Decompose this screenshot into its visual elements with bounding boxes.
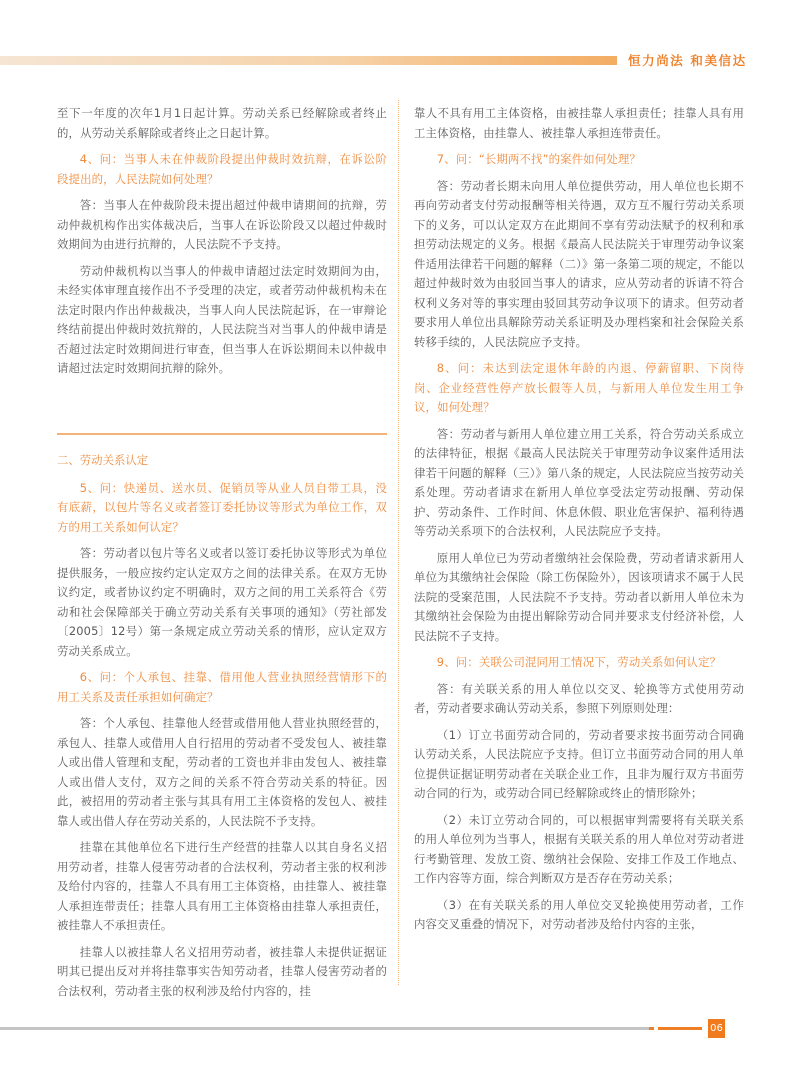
answer-8: 答：劳动者与新用人单位建立用工关系，符合劳动关系成立的法律特征，根据《最高人民法…: [414, 425, 744, 542]
page-number: 06: [708, 1019, 725, 1038]
paragraph: 挂靠人以被挂靠人名义招用劳动者，被挂靠人未提供证据证明其已提出反对并将挂靠事实告…: [57, 943, 387, 1002]
footer-accent: [658, 1027, 702, 1030]
question-4: 4、问：当事人未在仲裁阶段提出仲裁时效抗辩，在诉讼阶段提出的，人民法院如何处理？: [57, 150, 387, 189]
paragraph: 挂靠在其他单位名下进行生产经营的挂靠人以其自身名义招用劳动者，挂靠人侵害劳动者的…: [57, 838, 387, 936]
paragraph: 靠人不具有用工主体资格，由被挂靠人承担责任；挂靠人具有用工主体资格，由挂靠人、被…: [414, 104, 744, 143]
footer-rule: [0, 1027, 650, 1030]
right-column: 靠人不具有用工主体资格，由被挂靠人承担责任；挂靠人具有用工主体资格，由挂靠人、被…: [414, 104, 744, 942]
list-item-3: （3）在有关联关系的用人单位交叉轮换使用劳动者，工作内容交叉重叠的情况下，对劳动…: [414, 896, 744, 935]
list-item-2: （2）未订立劳动合同的，可以根据审判需要将有关联关系的用人单位列为当事人，根据有…: [414, 811, 744, 889]
question-7: 7、问：“长期两不找”的案件如何处理？: [414, 150, 744, 170]
answer-4: 答：当事人在仲裁阶段未提出超过仲裁申请期间的抗辩，劳动仲裁机构作出实体裁决后，当…: [57, 196, 387, 255]
question-6: 6、问：个人承包、挂靠、借用他人营业执照经营情形下的用工关系及责任承担如何确定？: [57, 668, 387, 707]
header-slogan: 恒力尚法 和美信达: [628, 51, 747, 69]
column-divider: [398, 100, 399, 985]
answer-6: 答：个人承包、挂靠他人经营或借用他人营业执照经营的，承包人、挂靠人或借用人自行招…: [57, 714, 387, 831]
answer-5: 答：劳动者以包片等名义或者以签订委托协议等形式为单位提供服务，一般应按约定认定双…: [57, 544, 387, 661]
section-divider: [57, 433, 387, 435]
footer-accent: [649, 1027, 654, 1030]
left-column: 至下一年度的次年1月1日起计算。劳动关系已经解除或者终止的，从劳动关系解除或者终…: [57, 104, 387, 1008]
question-9: 9、问：关联公司混同用工情况下，劳动关系如何认定？: [414, 653, 744, 673]
question-8: 8、问：未达到法定退休年龄的内退、停薪留职、下岗待岗、企业经营性停产放长假等人员…: [414, 359, 744, 418]
paragraph: 原用人单位已为劳动者缴纳社会保险费，劳动者请求新用人单位为其缴纳社会保险（除工伤…: [414, 549, 744, 647]
paragraph: 至下一年度的次年1月1日起计算。劳动关系已经解除或者终止的，从劳动关系解除或者终…: [57, 104, 387, 143]
answer-7: 答：劳动者长期未向用人单位提供劳动，用人单位也长期不再向劳动者支付劳动报酬等相关…: [414, 177, 744, 353]
header-gradient-bar: [0, 56, 617, 65]
paragraph: 劳动仲裁机构以当事人的仲裁申请超过法定时效期间为由，未经实体审理直接作出不予受理…: [57, 262, 387, 379]
question-5: 5、问：快递员、送水员、促销员等从业人员自带工具，没有底薪，以包片等名义或者签订…: [57, 479, 387, 538]
list-item-1: （1）订立书面劳动合同的，劳动者要求按书面劳动合同确认劳动关系，人民法院应予支持…: [414, 726, 744, 804]
answer-9: 答：有关联关系的用人单位以交叉、轮换等方式使用劳动者，劳动者要求确认劳动关系，参…: [414, 680, 744, 719]
section-title: 二、劳动关系认定: [57, 451, 387, 470]
